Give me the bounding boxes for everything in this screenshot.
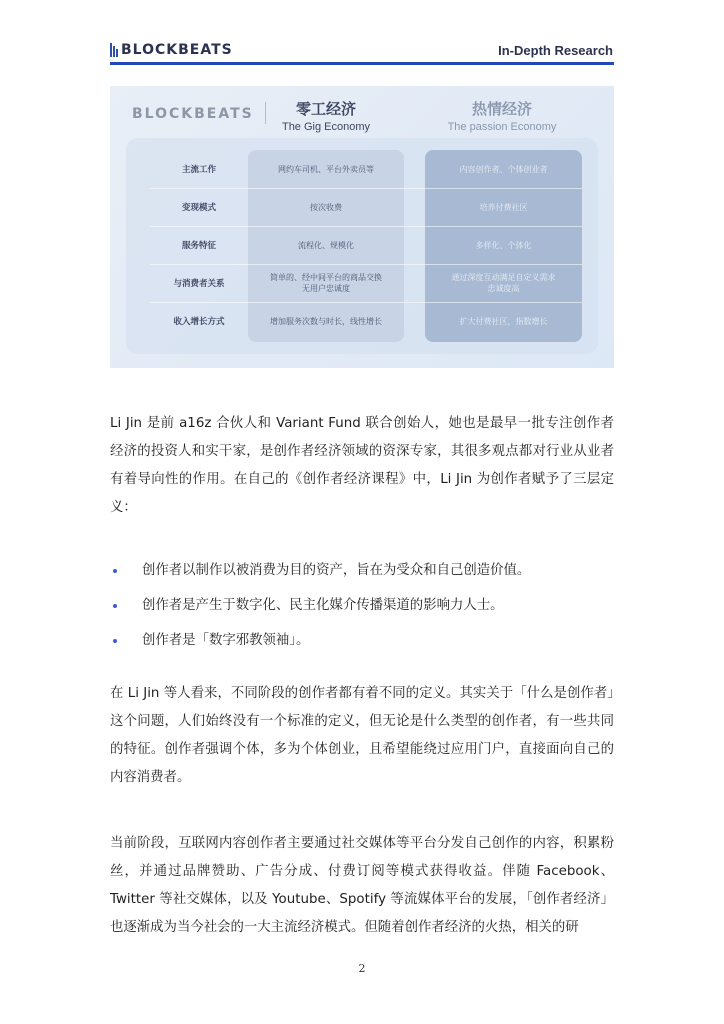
table-row: 主流工作 网约车司机、平台外卖员等 内容创作者、个体创业者: [150, 150, 582, 188]
paragraph-intro: Li Jin 是前 a16z 合伙人和 Variant Fund 联合创始人，她…: [110, 410, 614, 522]
table-row: 服务特征 流程化、规模化 多样化、个体化: [150, 226, 582, 264]
paragraph-definition: 在 Li Jin 等人看来，不同阶段的创作者都有着不同的定义。其实关于「什么是创…: [110, 680, 614, 792]
column-header-passion: 热情经济 The passion Economy: [422, 98, 582, 133]
bullet-icon: [113, 569, 117, 573]
page-header: BLOCKBEATS In-Depth Research: [110, 40, 613, 64]
definition-list: 创作者以制作以被消费为目的资产，旨在为受众和自己创造价值。 创作者是产生于数字化…: [110, 556, 614, 661]
header-divider: [110, 62, 614, 65]
list-item: 创作者以制作以被消费为目的资产，旨在为受众和自己创造价值。: [110, 556, 614, 591]
column-header-gig: 零工经济 The Gig Economy: [246, 98, 406, 133]
logo-bars-icon: [110, 43, 118, 57]
bullet-icon: [113, 604, 117, 608]
list-item: 创作者是产生于数字化、民主化媒介传播渠道的影响力人士。: [110, 591, 614, 626]
blockbeats-logo: BLOCKBEATS: [110, 42, 233, 58]
comparison-figure: BLOCKBEATS 零工经济 The Gig Economy 热情经济 The…: [110, 86, 614, 368]
table-row: 收入增长方式 增加服务次数与时长，线性增长 扩大付费社区，指数增长: [150, 302, 582, 340]
brand-name: BLOCKBEATS: [121, 42, 233, 58]
bullet-icon: [113, 639, 117, 643]
figure-brand: BLOCKBEATS: [132, 106, 254, 122]
paragraph-current-stage: 当前阶段，互联网内容创作者主要通过社交媒体等平台分发自己创作的内容，积累粉丝，并…: [110, 830, 614, 942]
page-number: 2: [0, 962, 724, 975]
list-item: 创作者是「数字邪教领袖」。: [110, 626, 614, 661]
section-label: In-Depth Research: [498, 43, 613, 58]
table-row: 变现模式 按次收费 培养付费社区: [150, 188, 582, 226]
table-row: 与消费者关系 简单的、经中间平台的商品交换 无用户忠诚度 通过深度互动满足自定义…: [150, 264, 582, 302]
